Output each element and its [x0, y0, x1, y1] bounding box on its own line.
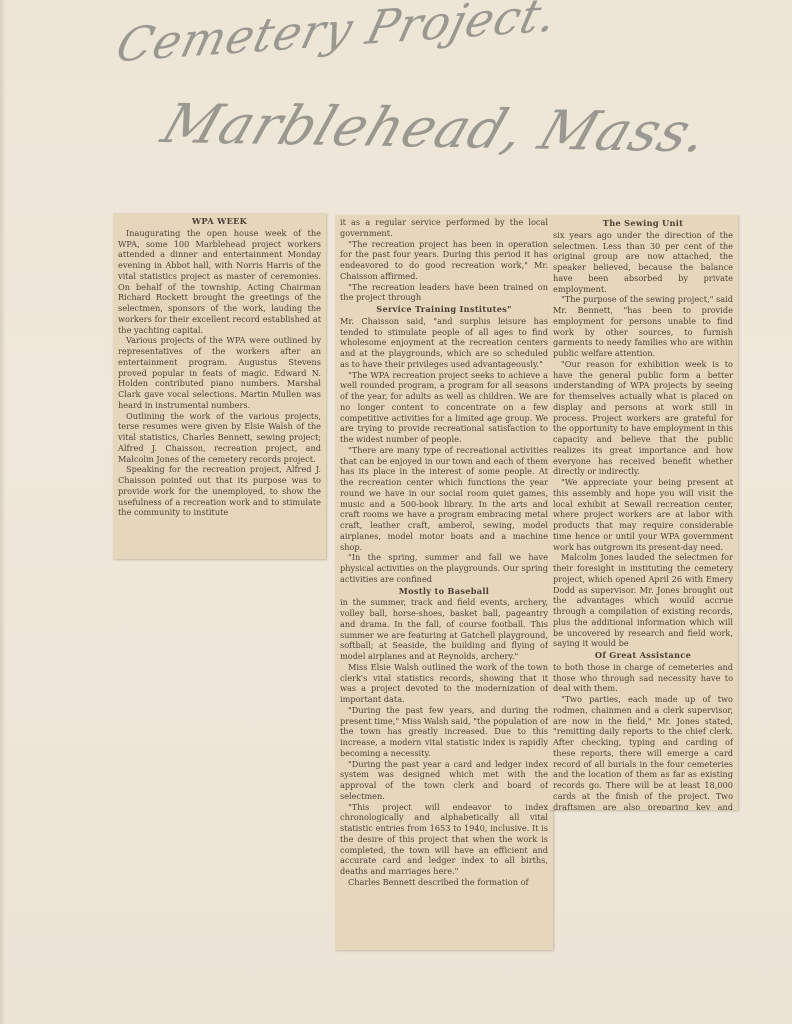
article-paragraph: "The recreation project has been in oper…: [340, 239, 548, 282]
handwritten-title: Cemetery Project.: [111, 0, 563, 73]
article-paragraph: six years ago under the direction of the…: [553, 230, 733, 295]
article-paragraph: "We appreciate your being present at thi…: [553, 477, 733, 552]
article-paragraph: "During the past year a card and ledger …: [340, 759, 548, 802]
article-paragraph: Miss Elsie Walsh outlined the work of th…: [340, 662, 548, 705]
article-paragraph: Outlining the work of the various projec…: [118, 411, 321, 465]
newspaper-clipping-sewing-unit: The Sewing Unit six years ago under the …: [548, 215, 738, 810]
newspaper-clipping-wpa-week: WPA WEEK Inaugurating the open house wee…: [113, 213, 326, 559]
article-paragraph: "The WPA recreation project seeks to ach…: [340, 370, 548, 445]
clipping-headline: WPA WEEK: [118, 216, 321, 227]
article-paragraph: "The purpose of the sewing project," sai…: [553, 294, 733, 359]
newspaper-clipping-recreation: it as a regular service performed by the…: [335, 215, 553, 950]
article-paragraph: Speaking for the recreation project, Alf…: [118, 464, 321, 518]
article-paragraph: "This project will endeavor to index chr…: [340, 802, 548, 877]
clipping-subhead: Of Great Assistance: [553, 650, 733, 661]
article-paragraph: "There are many type of recreational act…: [340, 445, 548, 553]
article-paragraph: Inaugurating the open house week of the …: [118, 228, 321, 336]
article-paragraph: "The recreation leaders have been traine…: [340, 282, 548, 304]
page-edge: [0, 0, 6, 1024]
article-paragraph: "During the past few years, and during t…: [340, 705, 548, 759]
article-paragraph: "Our reason for exhibition week is to ha…: [553, 359, 733, 477]
article-paragraph: it as a regular service performed by the…: [340, 217, 548, 239]
article-paragraph: to both those in charge of cemeteries an…: [553, 662, 733, 694]
clipping-subhead: Service Training Institutes": [340, 304, 548, 315]
clipping-headline: The Sewing Unit: [553, 218, 733, 229]
article-paragraph: Mr. Chaisson said, "and surplus leisure …: [340, 316, 548, 370]
article-paragraph: "Two parties, each made up of two rodmen…: [553, 694, 733, 810]
article-paragraph: Malcolm Jones lauded the selectmen for t…: [553, 552, 733, 649]
article-paragraph: in the summer, track and field events, a…: [340, 597, 548, 662]
article-paragraph: "In the spring, summer and fall we have …: [340, 552, 548, 584]
handwritten-location: Marblehead, Mass.: [154, 92, 717, 164]
clipping-subhead: Mostly to Baseball: [340, 586, 548, 597]
article-paragraph: Charles Bennett described the formation …: [340, 877, 548, 888]
article-paragraph: Various projects of the WPA were outline…: [118, 335, 321, 410]
